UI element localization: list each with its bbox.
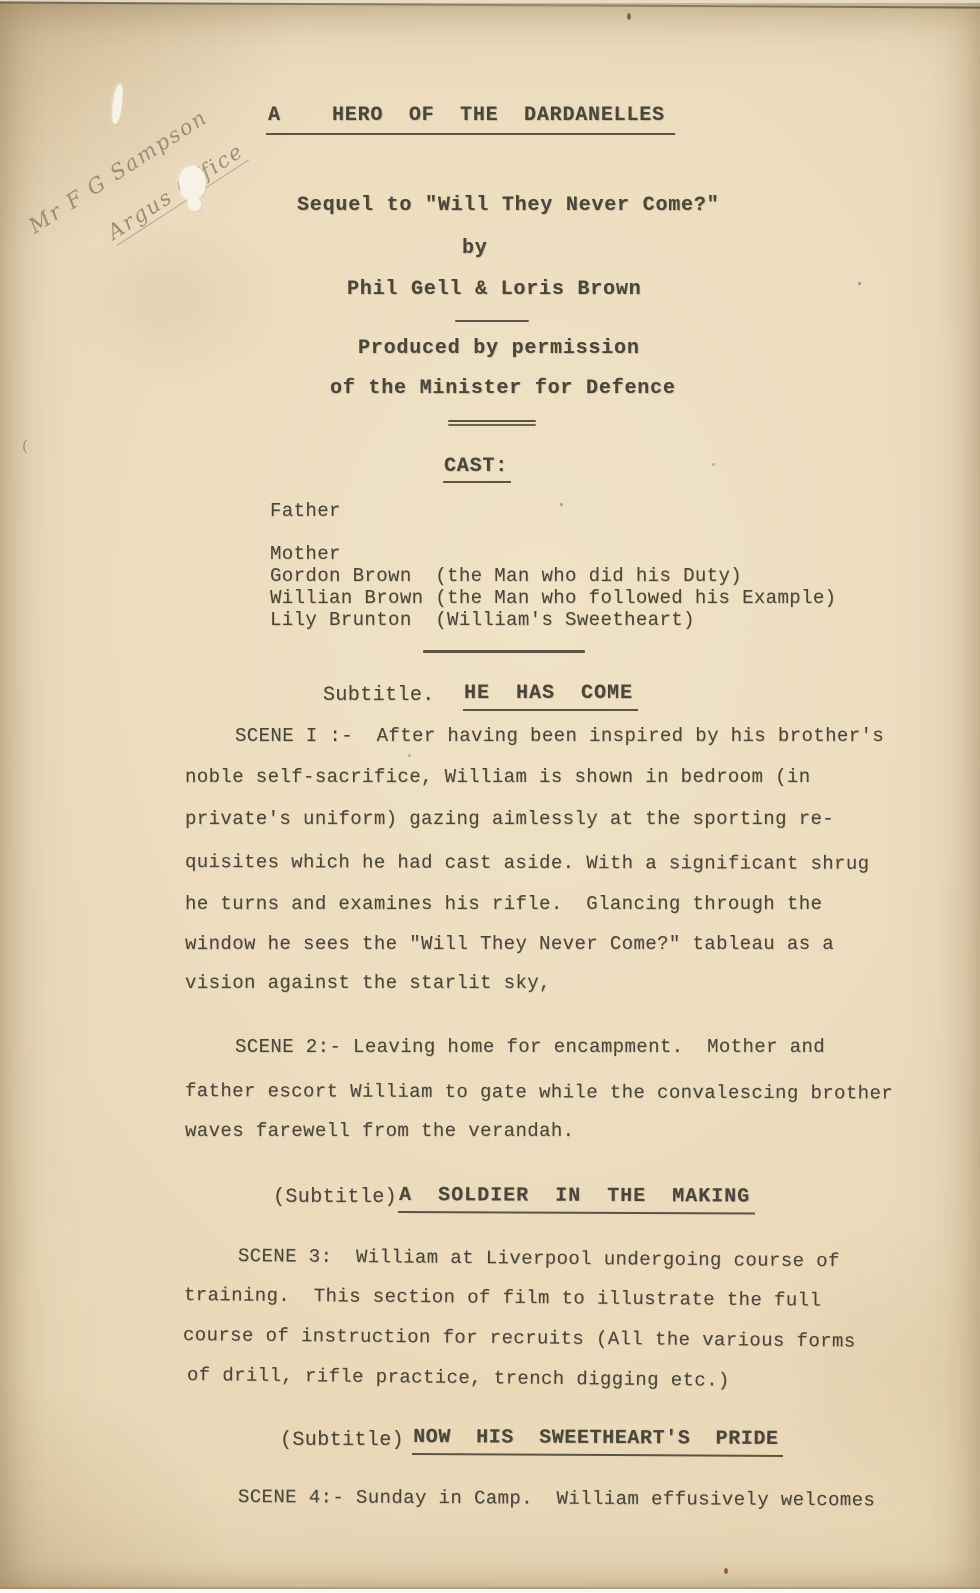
cast-row-willian: Willian Brown (the Man who followed his … [270, 587, 837, 610]
subtitle3-label: (Subtitle) [280, 1429, 404, 1453]
handwritten-annotation: Mr F G Sampson Argus Office [0, 58, 262, 300]
scene2-line: waves farewell from the verandah. [185, 1120, 574, 1143]
paper-bottom-edge [0, 1589, 980, 1593]
permission-line-1: Produced by permission [358, 337, 640, 361]
scene4-line: SCENE 4:- Sunday in Camp. William effusi… [238, 1486, 875, 1512]
authors-line: Phil Gell & Loris Brown [347, 278, 641, 302]
scene1-line: quisites which he had cast aside. With a… [185, 851, 870, 876]
scene1-line: SCENE I :- After having been inspired by… [235, 725, 884, 748]
sequel-line: Sequel to "Will They Never Come?" [297, 194, 719, 218]
document-title: A HERO OF THE DARDANELLES [266, 104, 675, 135]
scene1-line: window he sees the "Will They Never Come… [185, 933, 834, 956]
paper-speck [712, 463, 715, 466]
subtitle3-text: NOW HIS SWEETHEART'S PRIDE [412, 1426, 784, 1457]
byline-by: by [462, 237, 488, 261]
scene3-line: course of instruction for recruits (All … [183, 1324, 856, 1353]
scene3-line: of drill, rifle practice, trench digging… [187, 1364, 730, 1392]
cast-row-mother: Mother [270, 543, 341, 566]
stray-mark: ( [22, 437, 28, 455]
scene1-line: he turns and examines his rifle. Glancin… [185, 893, 822, 916]
cast-heading: CAST: [443, 455, 511, 483]
document-page: Mr F G Sampson Argus Office ( A HERO OF … [0, 0, 980, 1593]
subtitle2-label: (Subtitle) [273, 1186, 397, 1210]
divider-rule [423, 650, 585, 653]
cast-row-father: Father [270, 500, 341, 523]
scene1-line: noble self-sacrifice, William is shown i… [185, 766, 811, 789]
permission-line-2: of the Minister for Defence [330, 377, 676, 401]
subtitle1-text: HE HAS COME [463, 682, 638, 711]
scene2-line: SCENE 2:- Leaving home for encampment. M… [235, 1036, 825, 1059]
scene1-line: vision against the starlit sky, [185, 972, 551, 995]
cast-row-gordon: Gordon Brown (the Man who did his Duty) [270, 565, 742, 588]
paper-speck [858, 282, 861, 285]
paper-speck [408, 754, 411, 757]
scene2-line: father escort William to gate while the … [185, 1080, 893, 1105]
subtitle1-label: Subtitle. [323, 684, 435, 708]
scene3-line: training. This section of film to illust… [184, 1284, 821, 1312]
subtitle2-text: A SOLDIER IN THE MAKING [398, 1184, 755, 1215]
divider-rule-double [448, 420, 536, 422]
paper-corner-shade [0, 1373, 240, 1593]
paper-speck [560, 503, 563, 506]
paper-speck [724, 1568, 728, 1574]
scene3-line: SCENE 3: William at Liverpool undergoing… [238, 1245, 840, 1273]
cast-row-lily: Lily Brunton (William's Sweetheart) [270, 609, 695, 632]
scene1-line: private's uniform) gazing aimlessly at t… [185, 808, 834, 831]
paper-damage-blob [188, 196, 201, 211]
divider-rule [455, 320, 529, 322]
paper-speck [627, 13, 631, 20]
